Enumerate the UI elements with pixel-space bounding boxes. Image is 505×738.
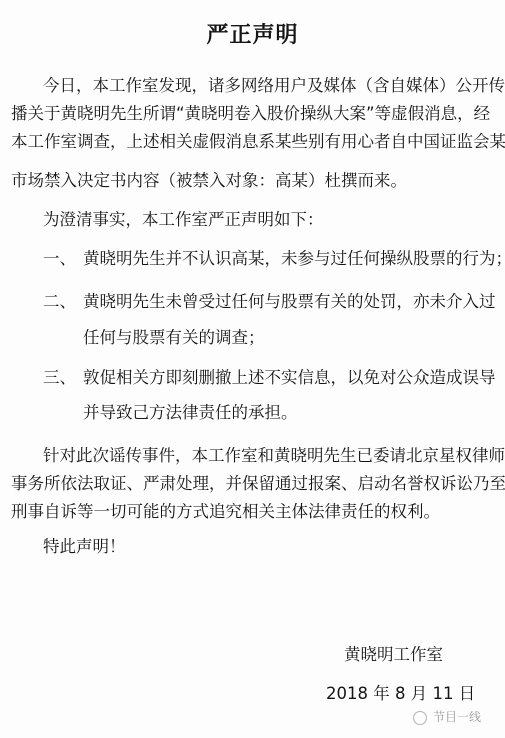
paragraph1-line: 本工作室调查，上述相关虚假消息系某些别有用心者自中国证监会某 — [11, 132, 505, 152]
paragraph1-line: 播关于黄晓明先生所谓“黄晓明卷入股价操纵大案”等虚假消息，经 — [11, 104, 490, 124]
paragraph2: 为澄清事实，本工作室严正声明如下： — [43, 210, 324, 230]
item-line: 并导致己方法律责任的承担。 — [83, 403, 298, 423]
statement-document: 严正声明 今日，本工作室发现，诸多网络用户及媒体（含自媒体）公开传 播关于黄晓明… — [0, 0, 505, 738]
item-number: 二、 — [43, 292, 76, 312]
date: 2018 年 8 月 11 日 — [326, 684, 475, 704]
item-line: 敦促相关方即刻删撤上述不实信息，以免对公众造成误导 — [83, 368, 496, 388]
paragraph1-line: 今日，本工作室发现，诸多网络用户及媒体（含自媒体）公开传 — [43, 76, 505, 96]
item-number: 一、 — [43, 249, 76, 269]
item-line: 黄晓明先生并不认识高某，未参与过任何操纵股票的行为； — [83, 249, 505, 269]
document-title: 严正声明 — [0, 18, 505, 49]
paragraph3-line: 刑事自诉等一切可能的方式追究相关主体法律责任的权利。 — [11, 502, 440, 522]
closing-text: 特此声明！ — [43, 537, 126, 557]
signature: 黄晓明工作室 — [344, 645, 443, 665]
item-number: 三、 — [43, 368, 76, 388]
watermark-text: 节目一线 — [433, 710, 481, 724]
item-line: 任何与股票有关的调查； — [83, 328, 265, 348]
paragraph1-line: 市场禁入决定书内容（被禁入对象：高某）杜撰而来。 — [11, 171, 407, 191]
paragraph3-line: 针对此次谣传事件，本工作室和黄晓明先生已委请北京星权律师 — [43, 446, 505, 466]
item-line: 黄晓明先生未曾受过任何与股票有关的处罚，亦未介入过 — [83, 292, 496, 312]
wechat-icon — [413, 711, 427, 725]
paragraph3-line: 事务所依法取证、严肃处理，并保留通过报案、启动名誉权诉讼乃至 — [11, 474, 505, 494]
watermark: 节目一线 — [413, 708, 481, 725]
